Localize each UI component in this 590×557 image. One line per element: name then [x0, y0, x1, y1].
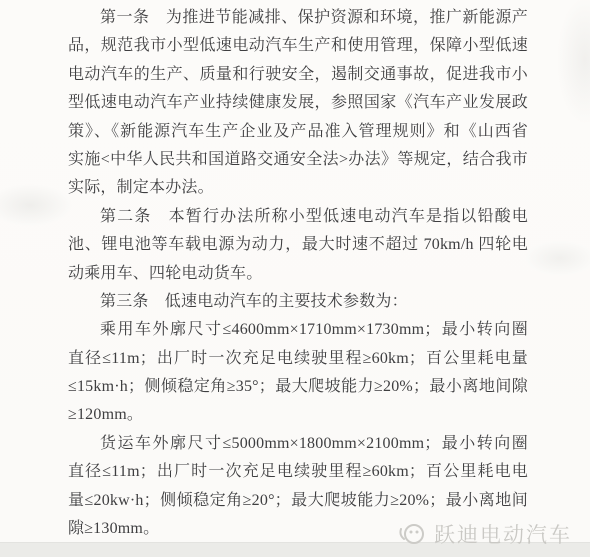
- text-line: 实施<中华人民共和国道路交通安全法>办法》等规定，结合我市: [68, 146, 528, 174]
- text-line: 动乘用车、四轮电动货车。: [68, 260, 528, 288]
- text-line: 乘用车外廓尺寸≤4600mm×1710mm×1730mm；最小转向圈: [68, 316, 528, 344]
- yuedi-logo-icon: [398, 521, 428, 547]
- text-line: ≤15km·h；侧倾稳定角≥35°；最大爬坡能力≥20%；最小离地间隙: [68, 373, 528, 401]
- text-line: ≥120mm。: [68, 401, 528, 429]
- text-line: 第二条 本暂行办法所称小型低速电动汽车是指以铅酸电: [68, 203, 528, 231]
- watermark-text: 跃迪电动汽车: [434, 519, 572, 549]
- document-body: 第一条 为推进节能减排、保护资源和环境，推广新能源产品，规范我市小型低速电动汽车…: [68, 4, 528, 543]
- text-line: 第一条 为推进节能减排、保护资源和环境，推广新能源产: [68, 4, 528, 32]
- text-line: 实际，制定本办法。: [68, 174, 528, 202]
- text-line: 策》、《新能源汽车生产企业及产品准入管理规则》和《山西省: [68, 118, 528, 146]
- text-line: 货运车外廓尺寸≤5000mm×1800mm×2100mm；最小转向圈: [68, 430, 528, 458]
- text-line: 型低速电动汽车产业持续健康发展，参照国家《汽车产业发展政: [68, 89, 528, 117]
- text-line: 池、锂电池等车载电源为动力，最大时速不超过 70km/h 四轮电: [68, 231, 528, 259]
- watermark: 跃迪电动汽车: [398, 519, 572, 549]
- text-line: 直径≤11m；出厂时一次充足电续驶里程≥60km；百公里耗电电: [68, 458, 528, 486]
- text-line: 第三条 低速电动汽车的主要技术参数为：: [68, 288, 528, 316]
- scanned-document-page: 第一条 为推进节能减排、保护资源和环境，推广新能源产品，规范我市小型低速电动汽车…: [0, 0, 590, 557]
- text-line: 品，规范我市小型低速电动汽车生产和使用管理，保障小型低速: [68, 32, 528, 60]
- text-line: 直径≤11m；出厂时一次充足电续驶里程≥60km；百公里耗电量: [68, 345, 528, 373]
- text-line: 量≤20kw·h；侧倾稳定角≥20°；最大爬坡能力≥20%；最小离地间: [68, 487, 528, 515]
- text-line: 电动汽车的生产、质量和行驶安全，遏制交通事故，促进我市小: [68, 61, 528, 89]
